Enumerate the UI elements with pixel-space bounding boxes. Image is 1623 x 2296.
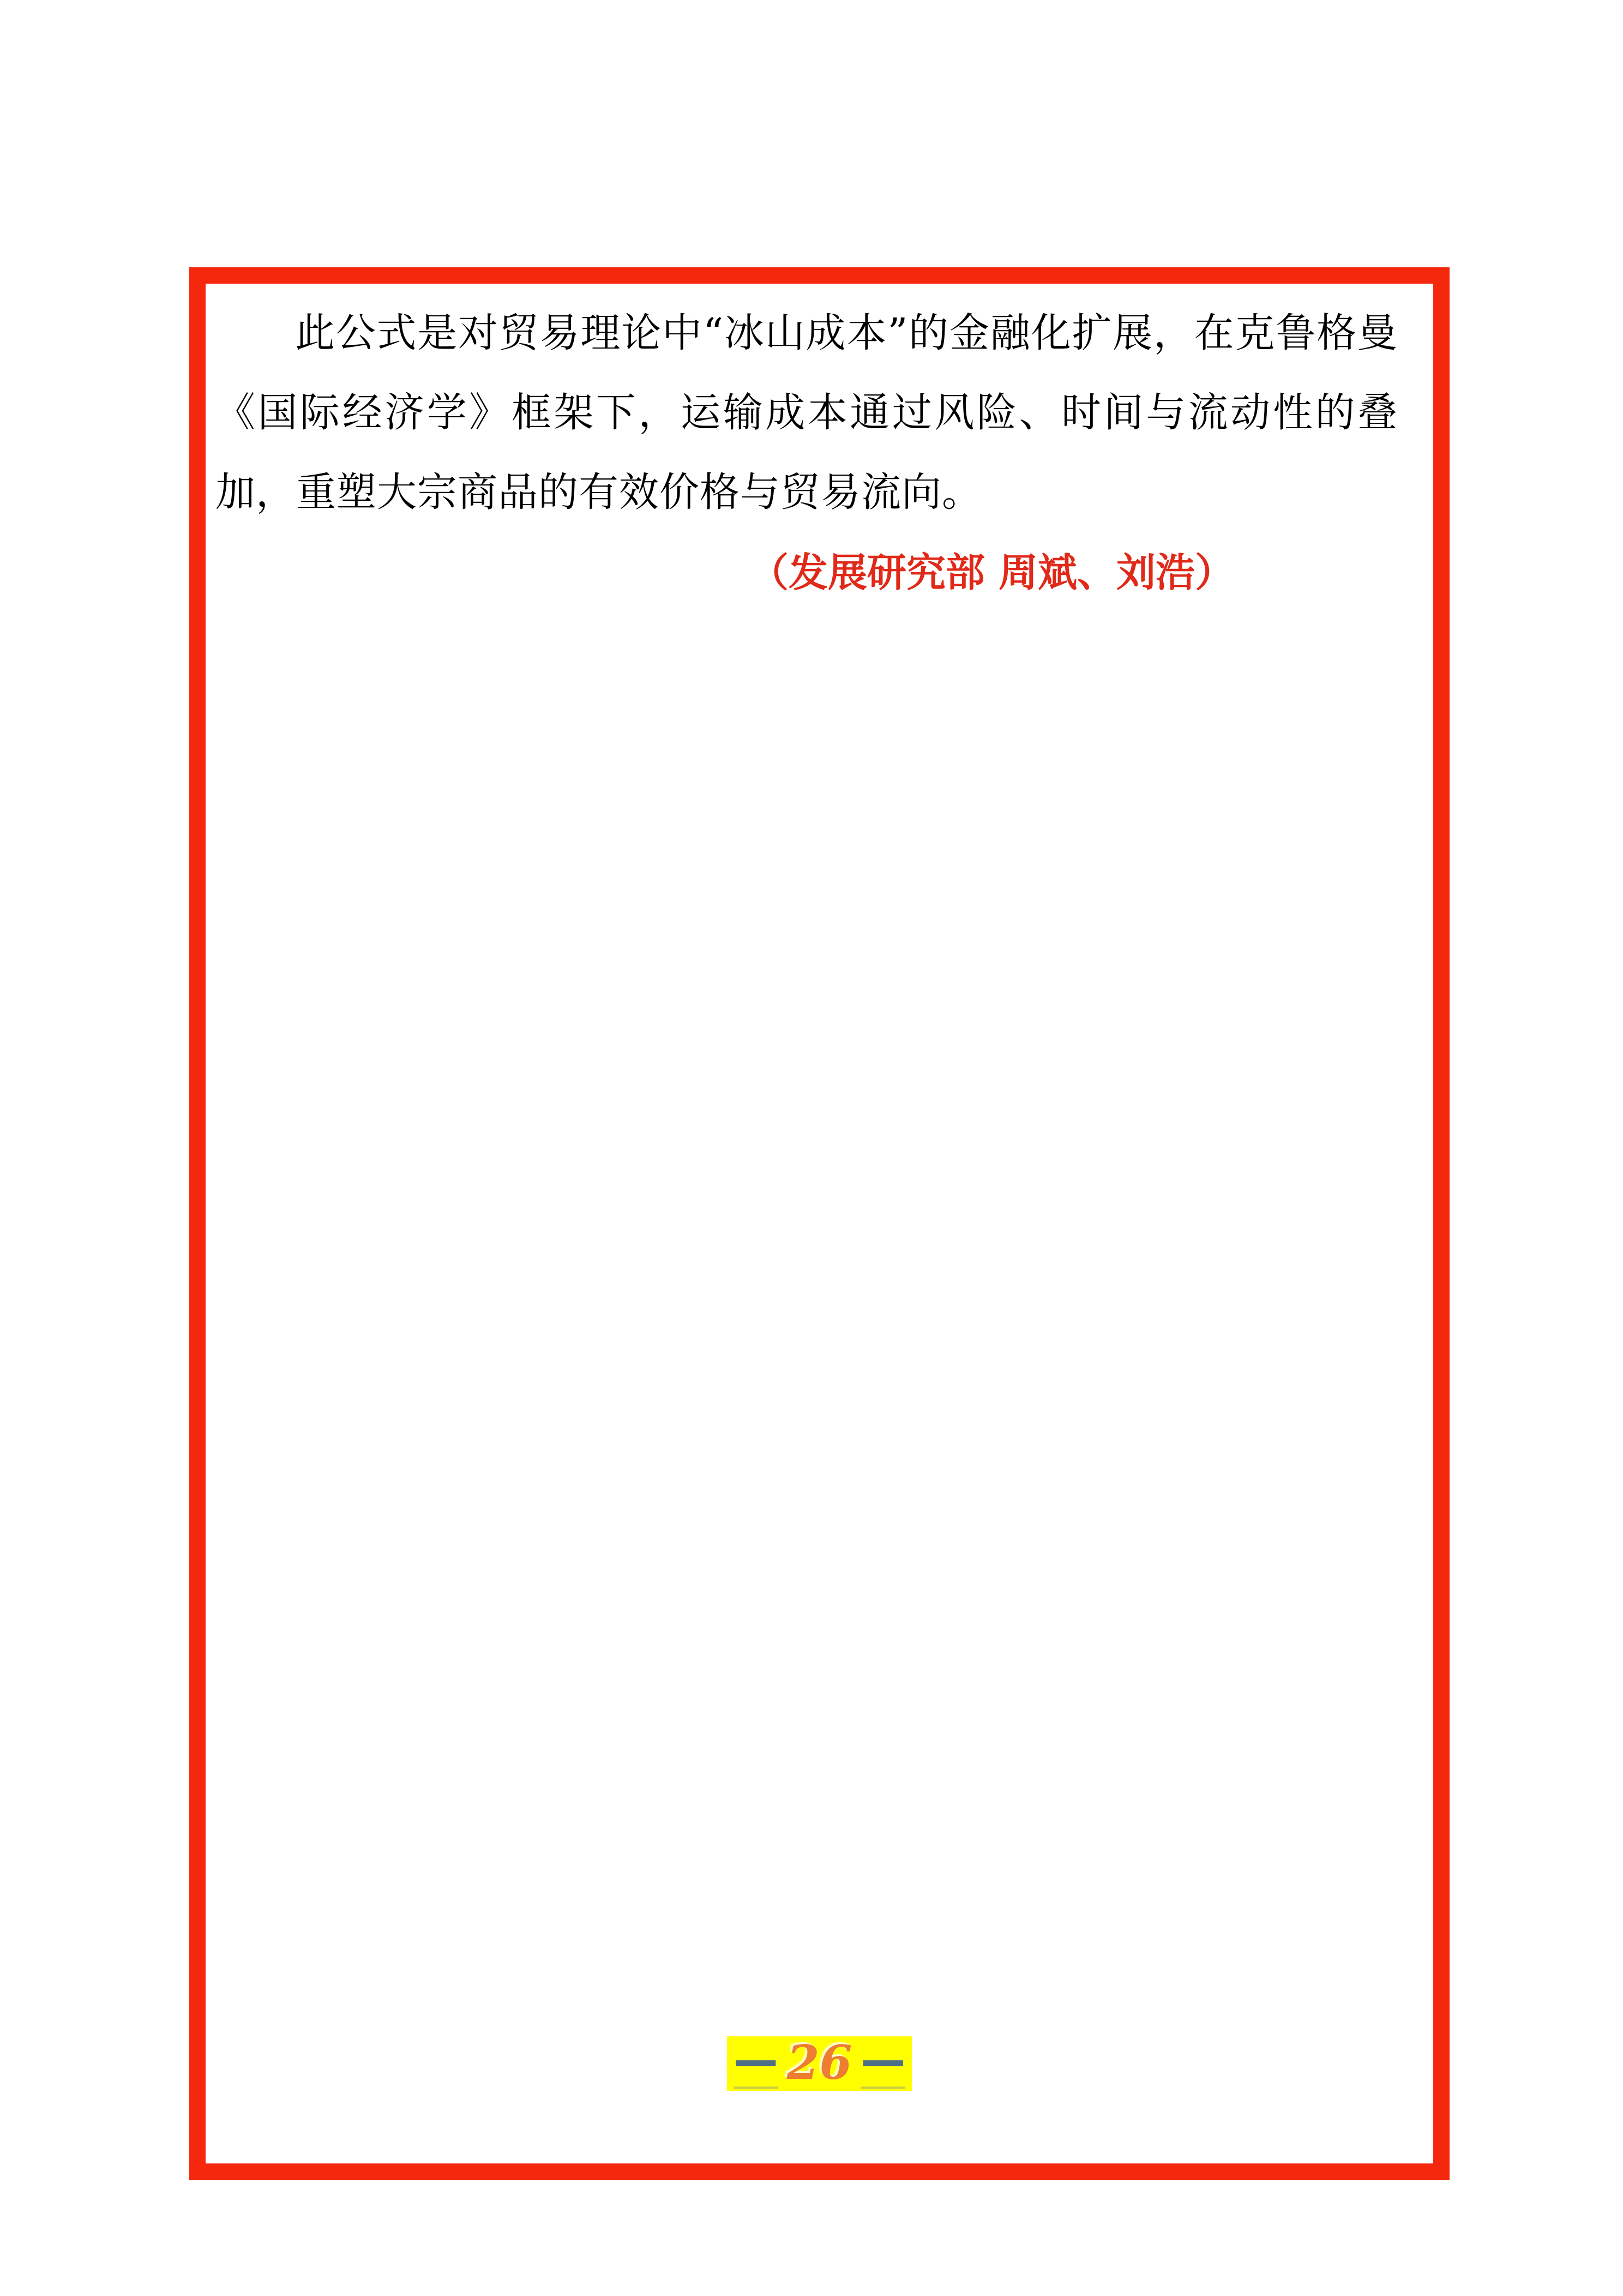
page-border-frame: 此公式是对贸易理论中“冰山成本”的金融化扩展，在克鲁格曼《国际经济学》框架下，运…: [189, 267, 1450, 2180]
page-number: 26: [787, 2036, 852, 2090]
page-number-footer: — 26 —: [727, 2036, 912, 2091]
page-content: 此公式是对贸易理论中“冰山成本”的金融化扩展，在克鲁格曼《国际经济学》框架下，运…: [206, 284, 1433, 2163]
body-paragraph: 此公式是对贸易理论中“冰山成本”的金融化扩展，在克鲁格曼《国际经济学》框架下，运…: [215, 293, 1398, 532]
footer-dash-right: —: [861, 2036, 905, 2089]
attribution-line: （发展研究部 周斌、刘浩）: [215, 532, 1398, 612]
document-page: 此公式是对贸易理论中“冰山成本”的金融化扩展，在克鲁格曼《国际经济学》框架下，运…: [0, 0, 1623, 2296]
footer-dash-left: —: [734, 2036, 778, 2089]
